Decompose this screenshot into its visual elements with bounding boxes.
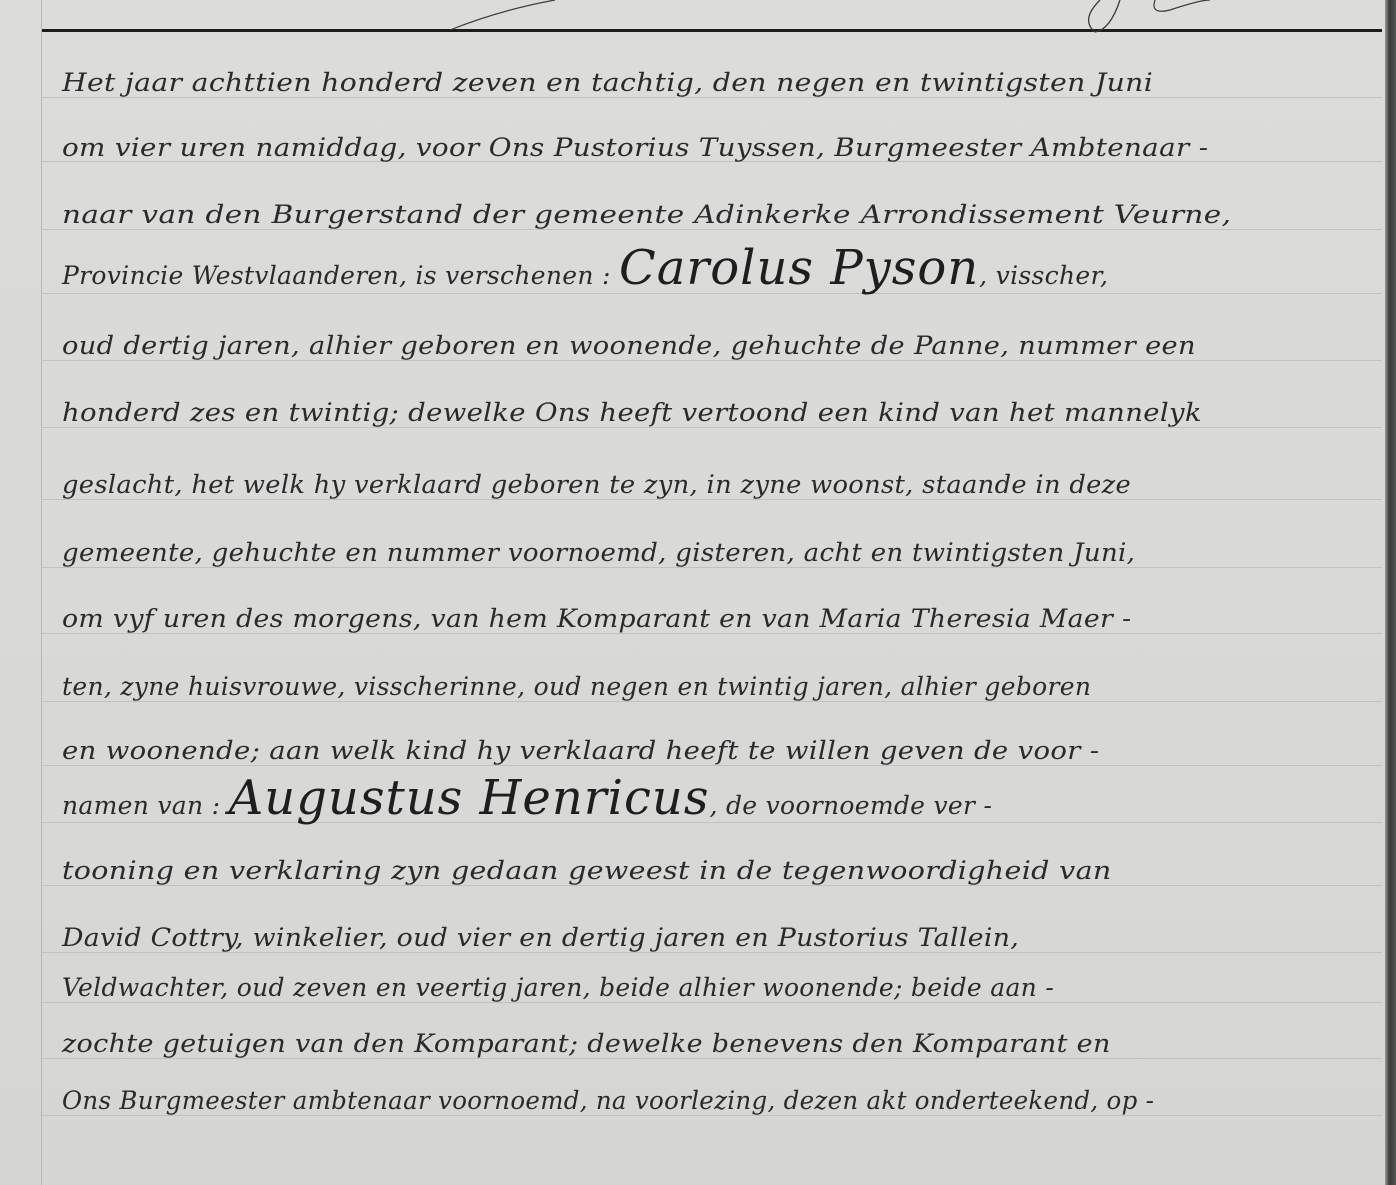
line-text: gemeente, gehuchte en nummer voornoemd, … bbox=[62, 538, 1135, 567]
line-text: Veldwachter, oud zeven en veertig jaren,… bbox=[62, 973, 1054, 1002]
text-line: oud dertig jaren, alhier geboren en woon… bbox=[62, 331, 1196, 360]
line-text: Provincie Westvlaanderen, is verschenen … bbox=[62, 261, 611, 290]
text-line: honderd zes en twintig; dewelke Ons heef… bbox=[62, 398, 1202, 427]
line-text: naar van den Burgerstand der gemeente Ad… bbox=[62, 200, 1231, 229]
line-text: om vier uren namiddag, voor Ons Pustoriu… bbox=[62, 133, 1208, 162]
line-text: Ons Burgmeester ambtenaar voornoemd, na … bbox=[62, 1086, 1154, 1115]
ruled-line bbox=[42, 633, 1382, 634]
text-line: Provincie Westvlaanderen, is verschenen … bbox=[62, 240, 1108, 296]
text-line: ten, zyne huisvrouwe, visscherinne, oud … bbox=[62, 672, 1091, 701]
line-text: om vyf uren des morgens, van hem Kompara… bbox=[62, 604, 1131, 633]
top-flourish-stroke bbox=[440, 0, 560, 30]
ruled-line bbox=[42, 1058, 1382, 1059]
ruled-line bbox=[42, 701, 1382, 702]
top-flourish-loops bbox=[1060, 0, 1240, 40]
text-line: Het jaar achttien honderd zeven en tacht… bbox=[62, 68, 1153, 97]
line-text: David Cottry, winkelier, oud vier en der… bbox=[62, 923, 1019, 952]
text-line: naar van den Burgerstand der gemeente Ad… bbox=[62, 200, 1231, 229]
ruled-line bbox=[42, 1115, 1382, 1116]
text-line: en woonende; aan welk kind hy verklaard … bbox=[62, 736, 1099, 765]
page-binding-edge bbox=[1385, 0, 1396, 1185]
ruled-line bbox=[42, 567, 1382, 568]
ruled-line bbox=[42, 765, 1382, 766]
line-text: Het jaar achttien honderd zeven en tacht… bbox=[62, 68, 1153, 97]
ruled-line bbox=[42, 97, 1382, 98]
text-line: namen van : Augustus Henricus, de voorno… bbox=[62, 770, 992, 826]
text-line: zochte getuigen van den Komparant; dewel… bbox=[62, 1029, 1111, 1058]
line-text: tooning en verklaring zyn gedaan geweest… bbox=[62, 856, 1112, 885]
text-line: Ons Burgmeester ambtenaar voornoemd, na … bbox=[62, 1086, 1154, 1115]
text-line: gemeente, gehuchte en nummer voornoemd, … bbox=[62, 538, 1135, 567]
ruled-line bbox=[42, 499, 1382, 500]
document-page: Het jaar achttien honderd zeven en tacht… bbox=[0, 0, 1385, 1185]
line-text: namen van : bbox=[62, 791, 220, 820]
ruled-line bbox=[42, 1002, 1382, 1003]
ruled-line bbox=[42, 427, 1382, 428]
father-name: Carolus Pyson bbox=[619, 240, 979, 296]
text-line: Veldwachter, oud zeven en veertig jaren,… bbox=[62, 973, 1054, 1002]
ruled-line bbox=[42, 885, 1382, 886]
line-text: en woonende; aan welk kind hy verklaard … bbox=[62, 736, 1099, 765]
ruled-line bbox=[42, 360, 1382, 361]
line-text: ten, zyne huisvrouwe, visscherinne, oud … bbox=[62, 672, 1091, 701]
line-text: honderd zes en twintig; dewelke Ons heef… bbox=[62, 398, 1202, 427]
line-text: geslacht, het welk hy verklaard geboren … bbox=[62, 470, 1131, 499]
text-line: tooning en verklaring zyn gedaan geweest… bbox=[62, 856, 1112, 885]
child-name: Augustus Henricus bbox=[229, 770, 710, 826]
line-text: , visscher, bbox=[979, 261, 1108, 290]
line-text: , de voornoemde ver - bbox=[709, 791, 992, 820]
text-line: David Cottry, winkelier, oud vier en der… bbox=[62, 923, 1019, 952]
text-line: om vyf uren des morgens, van hem Kompara… bbox=[62, 604, 1131, 633]
text-line: geslacht, het welk hy verklaard geboren … bbox=[62, 470, 1131, 499]
line-text: oud dertig jaren, alhier geboren en woon… bbox=[62, 331, 1196, 360]
ruled-line bbox=[42, 952, 1382, 953]
line-text: zochte getuigen van den Komparant; dewel… bbox=[62, 1029, 1111, 1058]
ruled-line bbox=[42, 229, 1382, 230]
left-margin-rule bbox=[41, 0, 42, 1185]
text-line: om vier uren namiddag, voor Ons Pustoriu… bbox=[62, 133, 1208, 162]
